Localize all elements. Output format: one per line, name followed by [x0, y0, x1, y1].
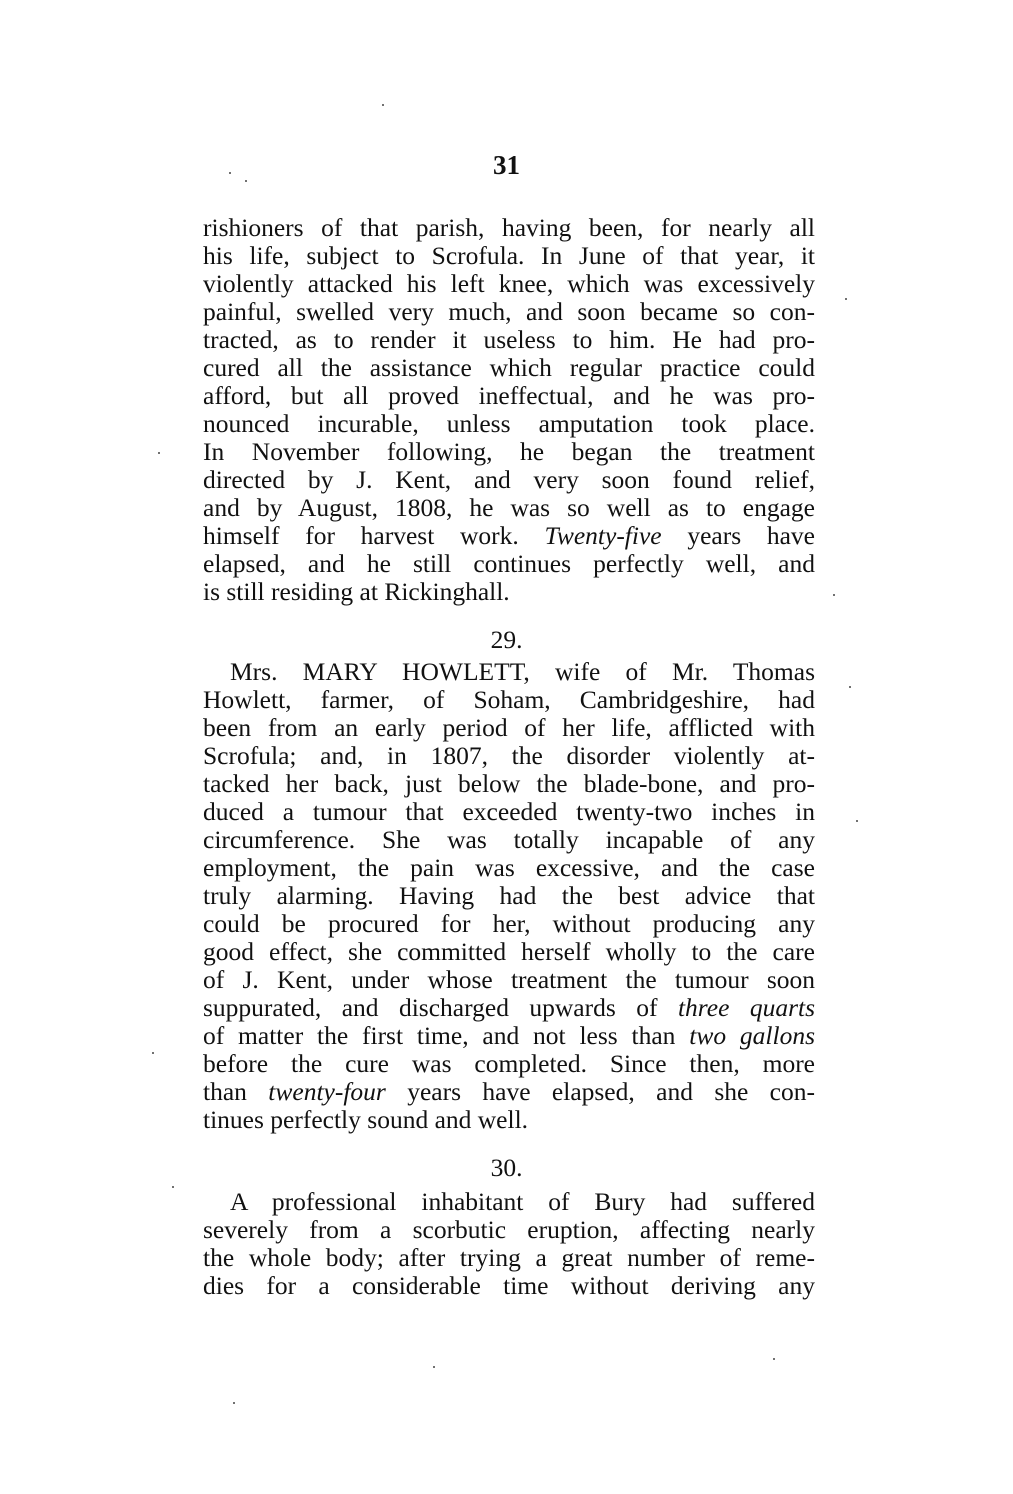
text-line: Mrs. MARY HOWLETT, wife of Mr. Thomas	[230, 658, 815, 686]
text-run: than	[203, 1077, 247, 1106]
italic-text: three quarts	[678, 993, 815, 1022]
text-run: suppurated, and discharged upwards of	[203, 993, 657, 1022]
text-line: nounced incurable, unless amputation too…	[203, 410, 815, 438]
text-run: years have	[662, 521, 815, 550]
text-line: employment, the pain was excessive, and …	[203, 854, 815, 882]
scan-speck	[773, 1358, 775, 1360]
scan-speck	[433, 1366, 435, 1368]
text-line: and by August, 1808, he was so well as t…	[203, 494, 815, 522]
text-run: of matter the first time, and not less t…	[203, 1021, 675, 1050]
scan-speck	[233, 1402, 235, 1404]
text-line: could be procured for her, without produ…	[203, 910, 815, 938]
text-line: before the cure was completed. Since the…	[203, 1050, 815, 1078]
scan-speck	[849, 686, 851, 688]
scan-speck	[158, 452, 160, 454]
text-line: severely from a scorbutic eruption, affe…	[203, 1216, 815, 1244]
text-line: painful, swelled very much, and soon bec…	[203, 298, 815, 326]
text-line: duced a tumour that exceeded twenty-two …	[203, 798, 815, 826]
text-line: his life, subject to Scrofula. In June o…	[203, 242, 815, 270]
text-line: the whole body; after trying a great num…	[203, 1244, 815, 1272]
italic-text: Twenty-five	[545, 521, 662, 550]
text-line: is still residing at Rickinghall.	[203, 578, 815, 606]
scan-speck	[152, 1052, 154, 1054]
scan-speck	[245, 180, 247, 182]
text-line: violently attacked his left knee, which …	[203, 270, 815, 298]
page-number: 31	[0, 150, 1013, 180]
text-run: himself for harvest work.	[203, 521, 519, 550]
case-number-29: 29.	[0, 626, 1013, 654]
italic-text: twenty-four	[268, 1077, 386, 1106]
text-line: of matter the first time, and not less t…	[203, 1022, 815, 1050]
text-line: afford, but all proved ineffectual, and …	[203, 382, 815, 410]
scan-speck	[833, 594, 835, 596]
text-line: tinues perfectly sound and well.	[203, 1106, 815, 1134]
text-line: directed by J. Kent, and very soon found…	[203, 466, 815, 494]
text-line: Scrofula; and, in 1807, the disorder vio…	[203, 742, 815, 770]
text-line: circumference. She was totally incapable…	[203, 826, 815, 854]
text-line: elapsed, and he still continues perfectl…	[203, 550, 815, 578]
text-line: rishioners of that parish, having been, …	[203, 214, 815, 242]
scan-speck	[845, 298, 847, 300]
text-line: been from an early period of her life, a…	[203, 714, 815, 742]
italic-text: two gallons	[689, 1021, 815, 1050]
text-line: of J. Kent, under whose treatment the tu…	[203, 966, 815, 994]
text-line: himself for harvest work. Twenty-five ye…	[203, 522, 815, 550]
text-run: years have elapsed, and she con-	[386, 1077, 815, 1106]
scan-speck	[172, 1186, 174, 1188]
text-line: Howlett, farmer, of Soham, Cambridgeshir…	[203, 686, 815, 714]
scan-speck	[382, 104, 384, 106]
text-line: truly alarming. Having had the best advi…	[203, 882, 815, 910]
scan-speck	[229, 172, 231, 174]
text-line: In November following, he began the trea…	[203, 438, 815, 466]
text-line: A professional inhabitant of Bury had su…	[230, 1188, 815, 1216]
text-line: cured all the assistance which regular p…	[203, 354, 815, 382]
text-line: tracted, as to render it useless to him.…	[203, 326, 815, 354]
text-line: dies for a considerable time without der…	[203, 1272, 815, 1300]
case-number-30: 30.	[0, 1154, 1013, 1182]
text-line: good effect, she committed herself wholl…	[203, 938, 815, 966]
scan-speck	[856, 820, 858, 822]
text-line: tacked her back, just below the blade-bo…	[203, 770, 815, 798]
text-line: than twenty-four years have elapsed, and…	[203, 1078, 815, 1106]
text-line: suppurated, and discharged upwards of th…	[203, 994, 815, 1022]
